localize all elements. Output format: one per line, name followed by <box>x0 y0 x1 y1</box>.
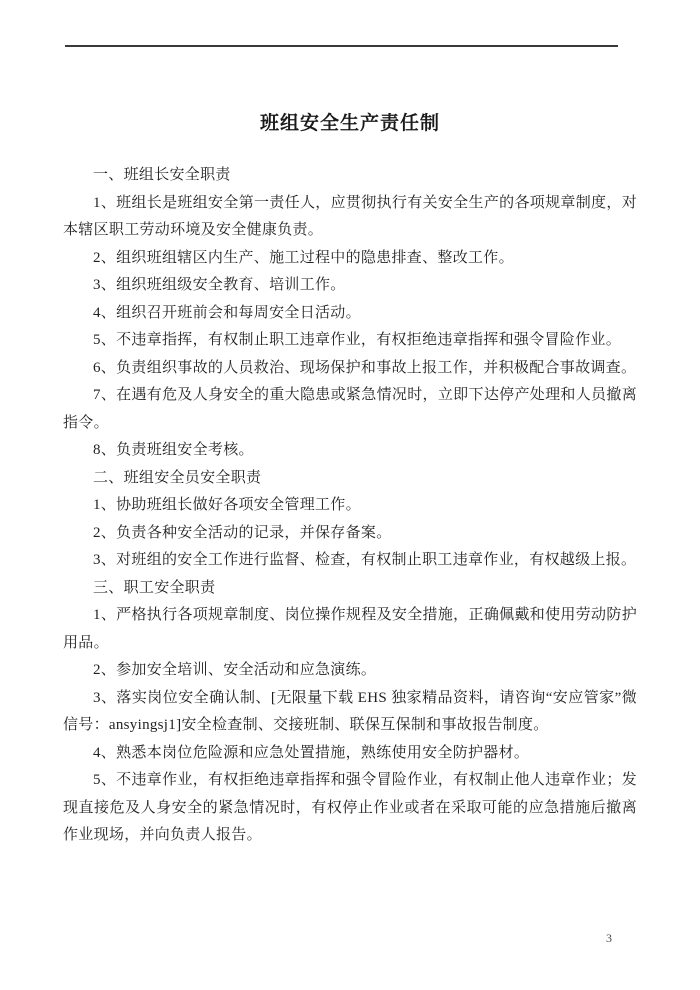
paragraph: 6、负责组织事故的人员救治、现场保护和事故上报工作，并积极配合事故调查。 <box>63 355 637 383</box>
paragraph: 5、不违章作业，有权拒绝违章指挥和强令冒险作业，有权制止他人违章作业；发现直接危… <box>63 767 637 850</box>
paragraph: 3、落实岗位安全确认制、[无限量下载 EHS 独家精品资料，请咨询“安应管家”微… <box>63 685 637 740</box>
paragraph: 1、班组长是班组安全第一责任人，应贯彻执行有关安全生产的各项规章制度，对本辖区职… <box>63 190 637 245</box>
paragraph: 2、负责各种安全活动的记录，并保存备案。 <box>63 520 637 548</box>
page-title: 班组安全生产责任制 <box>0 108 700 135</box>
page-number: 3 <box>606 931 612 946</box>
paragraph: 5、不违章指挥，有权制止职工违章作业，有权拒绝违章指挥和强令冒险作业。 <box>63 327 637 355</box>
paragraph: 二、班组安全员安全职责 <box>63 465 637 493</box>
header-rule <box>65 45 618 47</box>
paragraph: 2、参加安全培训、安全活动和应急演练。 <box>63 657 637 685</box>
paragraph: 3、对班组的安全工作进行监督、检查，有权制止职工违章作业，有权越级上报。 <box>63 547 637 575</box>
document-page: 班组安全生产责任制 一、班组长安全职责1、班组长是班组安全第一责任人，应贯彻执行… <box>0 0 700 990</box>
paragraph: 一、班组长安全职责 <box>63 162 637 190</box>
paragraph: 4、组织召开班前会和每周安全日活动。 <box>63 300 637 328</box>
paragraph: 7、在遇有危及人身安全的重大隐患或紧急情况时，立即下达停产处理和人员撤离指令。 <box>63 382 637 437</box>
paragraph: 4、熟悉本岗位危险源和应急处置措施，熟练使用安全防护器材。 <box>63 740 637 768</box>
paragraph: 2、组织班组辖区内生产、施工过程中的隐患排查、整改工作。 <box>63 245 637 273</box>
paragraph: 1、严格执行各项规章制度、岗位操作规程及安全措施，正确佩戴和使用劳动防护用品。 <box>63 602 637 657</box>
paragraph: 8、负责班组安全考核。 <box>63 437 637 465</box>
paragraph: 三、职工安全职责 <box>63 575 637 603</box>
paragraph: 3、组织班组级安全教育、培训工作。 <box>63 272 637 300</box>
document-body: 一、班组长安全职责1、班组长是班组安全第一责任人，应贯彻执行有关安全生产的各项规… <box>63 162 637 850</box>
paragraph: 1、协助班组长做好各项安全管理工作。 <box>63 492 637 520</box>
